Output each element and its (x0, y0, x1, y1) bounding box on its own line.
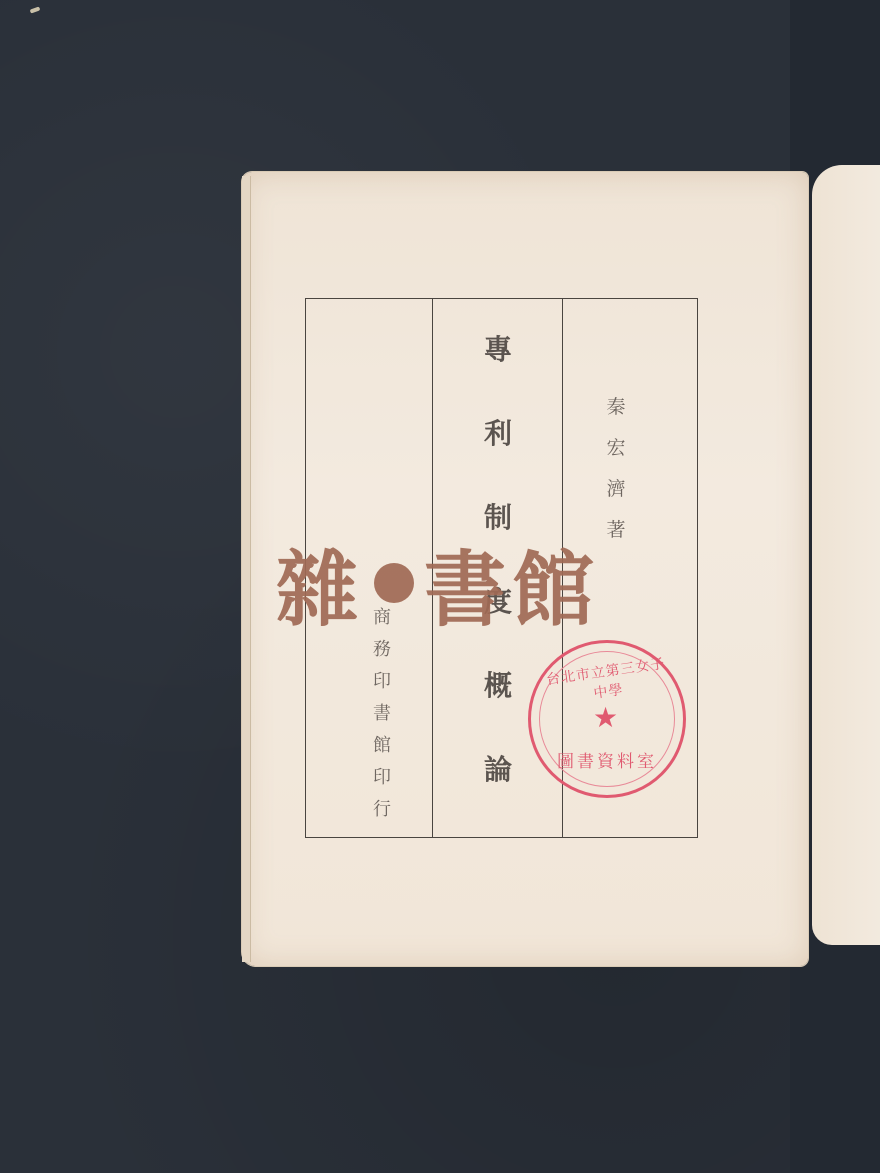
author-char: 秦 (606, 392, 625, 419)
title-char: 概 (484, 664, 512, 704)
dust-fleck (30, 6, 41, 13)
publisher-char: 務 (373, 635, 391, 661)
title-char: 利 (484, 412, 512, 452)
title-char: 論 (484, 748, 512, 788)
author-char: 濟 (606, 474, 625, 501)
author: 秦 宏 濟 著 (596, 392, 636, 542)
star-icon: ★ (593, 701, 618, 734)
watermark-left: 雜 (276, 525, 364, 642)
publisher-char: 館 (373, 731, 391, 757)
publisher-char: 書 (373, 699, 391, 725)
author-char: 宏 (606, 433, 625, 460)
watermark-right: 書館 (424, 525, 600, 642)
title-char: 專 (484, 328, 512, 368)
publisher-char: 印 (373, 667, 391, 693)
stamp-bottom-text: 圖書資料室 (551, 747, 663, 772)
watermark: 雜 書館 (276, 528, 612, 638)
library-stamp: 台北市立第三女子中學 ★ 圖書資料室 (528, 640, 686, 798)
watermark-dot-icon (374, 563, 414, 603)
publisher-char: 行 (373, 795, 391, 821)
page-edge (242, 176, 251, 962)
adjacent-page (812, 165, 880, 945)
publisher-char: 印 (373, 763, 391, 789)
